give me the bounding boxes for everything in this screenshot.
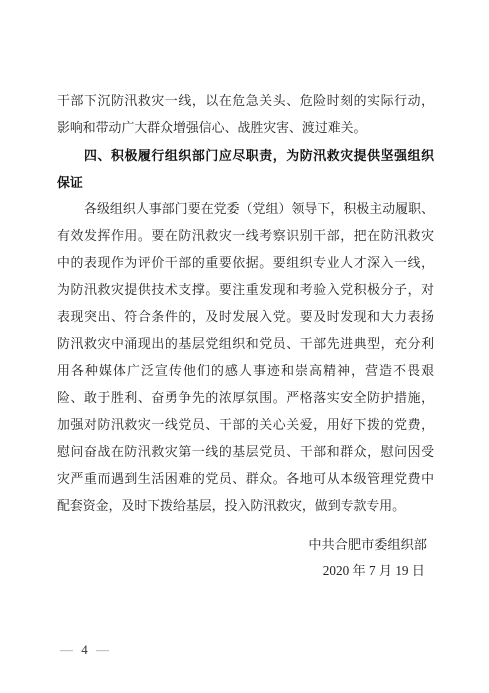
document-page: 干部下沉防汛救灾一线，以在危急关头、危险时刻的实际行动，影响和带动广大群众增强信… [0, 0, 489, 693]
body-line: 各级组织人事部门要在党委（党组）领导下，积极主动履职、 [57, 196, 434, 223]
signature-block: 中共合肥市委组织部 2020 年 7 月 19 日 [308, 532, 433, 584]
body-line: 配套资金，及时下拨给基层，投入防汛救灾，做到专款专用。 [57, 493, 434, 520]
footer-right-dash: — [96, 642, 109, 657]
heading-line: 四、积极履行组织部门应尽职责，为防汛救灾提供坚强组织 [57, 142, 434, 169]
body-line: 灾严重而遇到生活困难的党员、群众。各地可从本级管理党费中 [57, 466, 434, 493]
body-line: 干部下沉防汛救灾一线，以在危急关头、危险时刻的实际行动， [57, 88, 434, 115]
document-text-block: 干部下沉防汛救灾一线，以在危急关头、危险时刻的实际行动，影响和带动广大群众增强信… [57, 88, 434, 520]
body-line: 慰问奋战在防汛救灾第一线的基层党员、干部和群众，慰问因受 [57, 439, 434, 466]
signature-date: 2020 年 7 月 19 日 [308, 558, 425, 584]
page-number-footer: — 4 — [60, 643, 109, 657]
body-line: 险、敢于胜利、奋勇争先的浓厚氛围。严格落实安全防护措施， [57, 385, 434, 412]
body-line: 影响和带动广大群众增强信心、战胜灾害、渡过难关。 [57, 115, 434, 142]
heading-line: 保证 [57, 169, 434, 196]
signature-organization: 中共合肥市委组织部 [308, 532, 427, 558]
footer-page-number: 4 [81, 642, 88, 657]
body-line: 有效发挥作用。要在防汛救灾一线考察识别干部，把在防汛救灾 [57, 223, 434, 250]
body-line: 中的表现作为评价干部的重要依据。要组织专业人才深入一线， [57, 250, 434, 277]
body-line: 加强对防汛救灾一线党员、干部的关心关爱，用好下拨的党费， [57, 412, 434, 439]
body-line: 表现突出、符合条件的，及时发展入党。要及时发现和大力表扬 [57, 304, 434, 331]
body-line: 为防汛救灾提供技术支撑。要注重发现和考验入党积极分子，对 [57, 277, 434, 304]
body-line: 用各种媒体广泛宣传他们的感人事迹和崇高精神，营造不畏艰 [57, 358, 434, 385]
footer-left-dash: — [60, 642, 73, 657]
body-line: 防汛救灾中涌现出的基层党组织和党员、干部先进典型，充分利 [57, 331, 434, 358]
